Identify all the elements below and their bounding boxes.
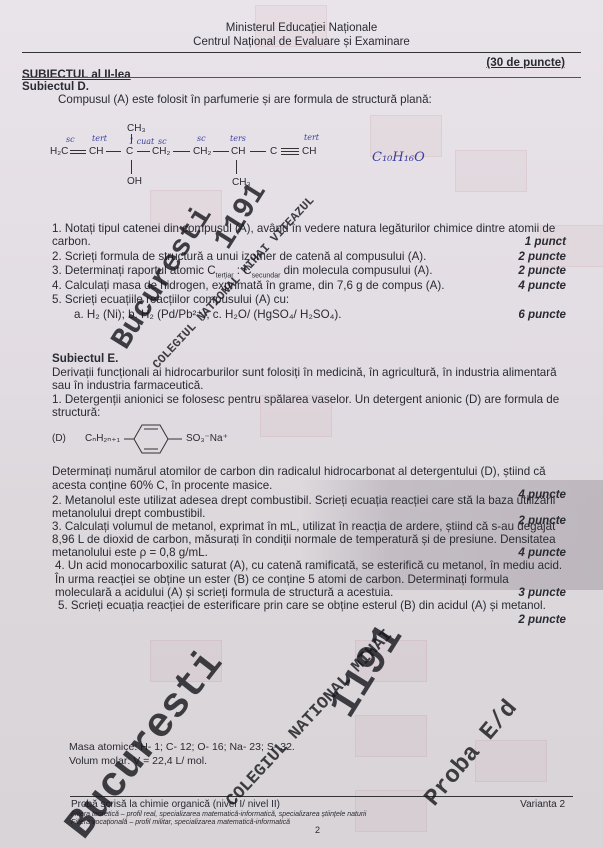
- e-q3-line-2: 8,96 L de dioxid de carbon, măsurați în …: [52, 533, 556, 546]
- e-q1-line-3: Determinați numărul atomilor de carbon d…: [52, 465, 546, 478]
- d-item-1-points: 1 punct: [525, 235, 566, 248]
- rtv-watermark: [455, 150, 527, 192]
- d-item-1-cont: carbon.: [52, 235, 91, 248]
- variant-label: Varianta 2: [520, 799, 565, 810]
- section-rule: [22, 77, 581, 78]
- d-item-4: 4. Calculați masa de hidrogen, exprimată…: [52, 279, 444, 292]
- subject-e-intro-2: sau în industria farmaceutică.: [52, 379, 203, 392]
- subject-e-title: Subiectul E.: [52, 352, 118, 365]
- e-q3-points: 4 puncte: [518, 546, 566, 559]
- e-q2-line-1: 2. Metanolul este utilizat adesea drept …: [52, 494, 555, 507]
- benzene-ring-icon: [124, 422, 194, 456]
- e-q4-line-2: În urma reacției se obține un ester (B) …: [55, 573, 509, 586]
- atomic-masses: Masa atomice: H- 1; C- 12; O- 16; Na- 23…: [69, 741, 295, 754]
- exam-page: Ministerul Educației Naționale Centrul N…: [0, 0, 603, 848]
- subject-d-intro: Compusul (A) este folosit în parfumerie …: [58, 93, 432, 106]
- d-item-3-points: 2 puncte: [518, 264, 566, 277]
- e-q3-line-1: 3. Calculați volumul de metanol, exprima…: [52, 520, 555, 533]
- ministry-title: Ministerul Educației Naționale: [0, 22, 603, 34]
- e-q3-line-3: metanolului este ρ = 0,8 g/mL.: [52, 546, 208, 559]
- e-q5-line-1: 5. Scrieți ecuația reacției de esterific…: [58, 599, 546, 612]
- footer-rule: [70, 796, 573, 797]
- e-q5-points: 2 puncte: [518, 613, 566, 626]
- d-item-5-points: 6 puncte: [518, 308, 566, 321]
- e-q2-line-2: metanolului drept combustibil.: [52, 507, 205, 520]
- center-title: Centrul Național de Evaluare și Examinar…: [0, 36, 603, 48]
- handwritten-molecular-formula: C₁₀H₁₆O: [372, 150, 425, 165]
- e-q1-line-4: acesta conține 60% C, în procente masice…: [52, 479, 272, 492]
- d-item-1: 1. Notați tipul catenei din compusul (A)…: [52, 222, 555, 235]
- subject-d-title: Subiectul D.: [22, 80, 89, 93]
- e-q1-line-2: structură:: [52, 406, 100, 419]
- d-item-2: 2. Scrieți formula de structură a unui i…: [52, 250, 426, 263]
- e-q4-line-3: moleculară a acidului (A) și scrieți for…: [55, 586, 393, 599]
- d-item-2-points: 2 puncte: [518, 250, 566, 263]
- header-rule: [22, 52, 581, 53]
- subject-e-intro-1: Derivații funcționali ai hidrocarburilor…: [52, 366, 557, 379]
- total-points: (30 de puncte): [486, 56, 565, 69]
- e-q4-line-1: 4. Un acid monocarboxilic saturat (A), c…: [55, 559, 562, 572]
- page-number: 2: [315, 825, 320, 835]
- rtv-watermark: [355, 715, 427, 757]
- d-item-4-points: 4 puncte: [518, 279, 566, 292]
- e-q4-points: 3 puncte: [518, 586, 566, 599]
- e-q1-line-1: 1. Detergenții anionici se folosesc pent…: [52, 393, 559, 406]
